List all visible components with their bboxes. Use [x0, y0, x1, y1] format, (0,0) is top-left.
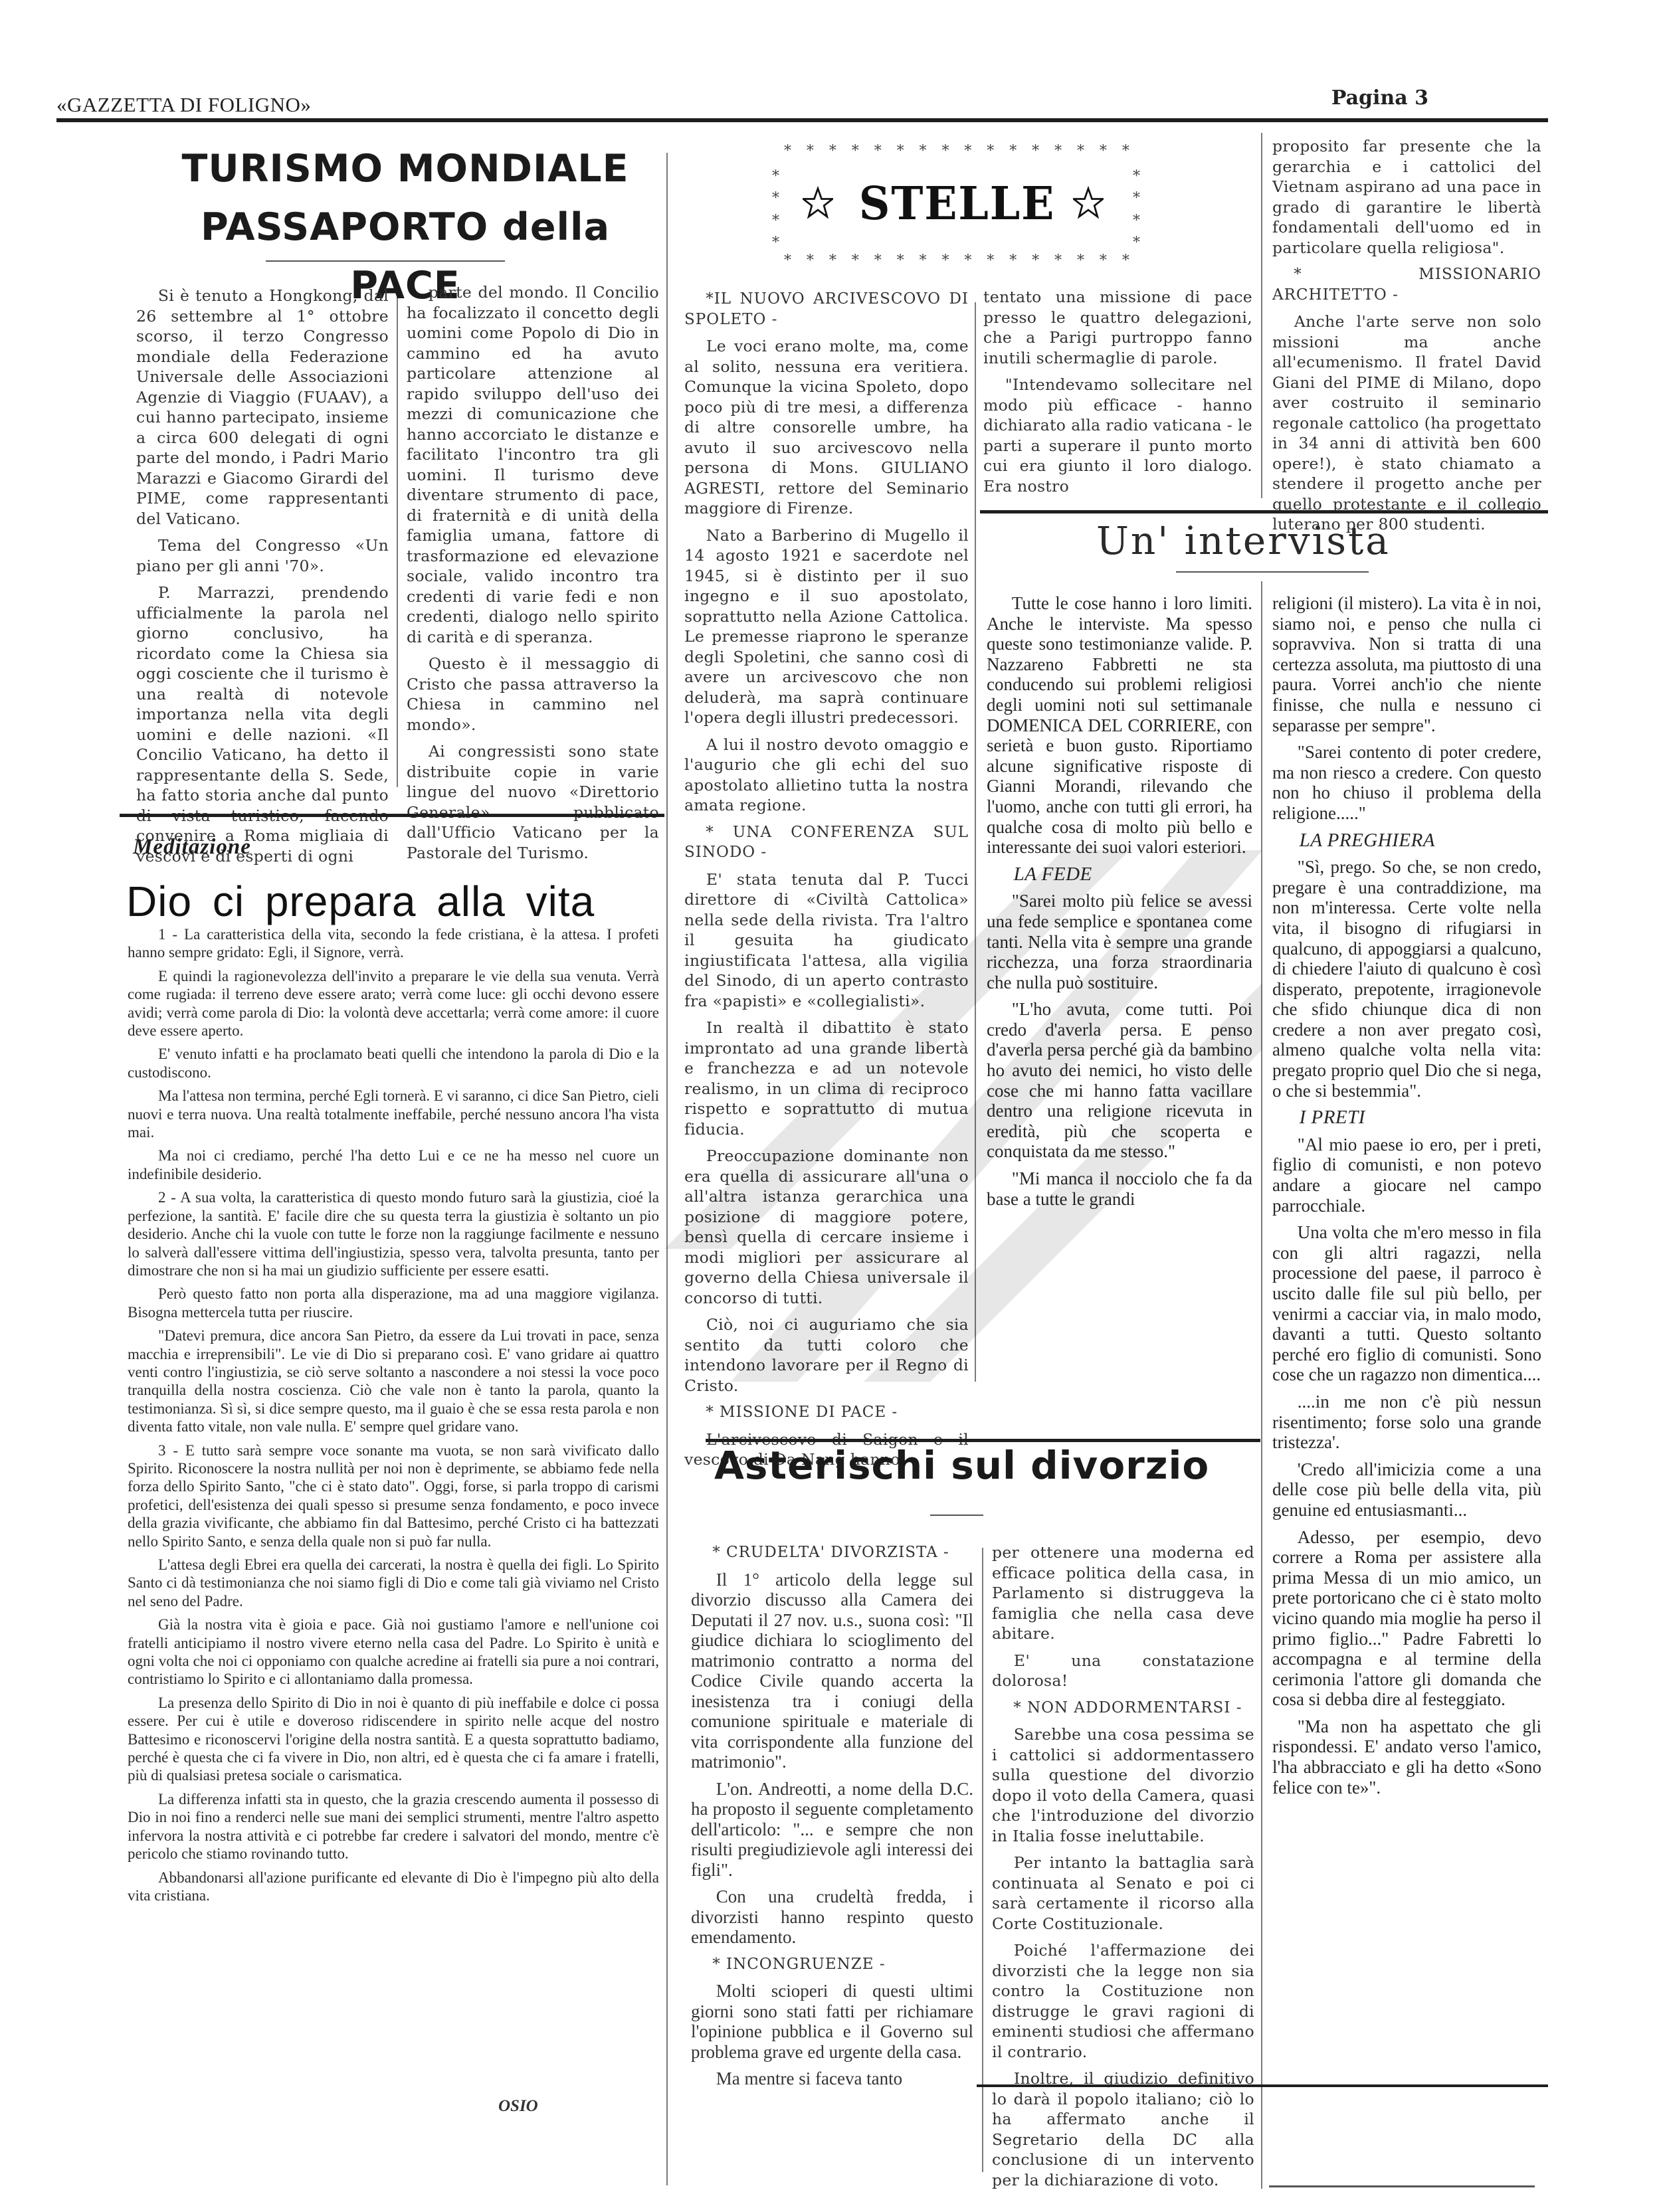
paragraph: E quindi la ragionevolezza dell'invito a… — [128, 967, 659, 1040]
asterisk-ornament: * — [964, 143, 971, 159]
masthead-rule — [56, 118, 1548, 122]
paragraph: 2 - A sua volta, la caratteristica di qu… — [128, 1188, 659, 1279]
paragraph: Tutte le cose hanno i loro limiti. Anche… — [987, 593, 1252, 858]
paragraph: Una volta che m'ero messo in fila con gl… — [1272, 1222, 1541, 1385]
asterisk-ornament: * — [874, 143, 882, 159]
paragraph: "Mi manca il nocciolo che fa da base a t… — [987, 1168, 1252, 1209]
asterisk-ornament: * — [941, 252, 949, 269]
paragraph: Questo è il messaggio di Cristo che pass… — [407, 654, 659, 735]
asterisk-ornament: * — [1122, 143, 1129, 159]
subheading: * INCONGRUENZE - — [691, 1954, 973, 1975]
headline-underline — [266, 260, 505, 262]
paragraph: "Sarei molto più felice se avessi una fe… — [987, 891, 1252, 992]
headline-underline — [930, 1515, 983, 1516]
paragraph-continued: proposito far presente che la gerarchia … — [1272, 136, 1541, 258]
paragraph: E' stata tenuta dal P. Tucci direttore d… — [684, 870, 969, 1012]
asterisk-ornament: * — [829, 143, 836, 159]
turismo-column-1: Si è tenuto a Hongkong, dal 26 settembre… — [136, 286, 389, 873]
section-rule — [120, 814, 664, 817]
paragraph: L'on. Andreotti, a nome della D.C. ha pr… — [691, 1779, 973, 1881]
asterisk-ornament: * — [964, 252, 971, 269]
meditazione-body: 1 - La caratteristica della vita, second… — [128, 925, 659, 1910]
paragraph: Per intanto la battaglia sarà continuata… — [992, 1853, 1254, 1934]
asterisk-ornament: * — [987, 252, 994, 269]
asterisk-ornament: * — [1077, 143, 1084, 159]
paragraph: P. Marrazzi, prendendo ufficialmente la … — [136, 583, 389, 866]
paragraph-continued: religioni (il mistero). La vita è in noi… — [1272, 593, 1541, 735]
star-icon — [803, 186, 833, 219]
asterisk-ornament: * — [987, 143, 994, 159]
paragraph: Adesso, per esempio, devo correre a Roma… — [1272, 1527, 1541, 1710]
paragraph: Le voci erano molte, ma, come al solito,… — [684, 336, 969, 519]
asterisk-ornament: * — [784, 143, 791, 159]
paragraph: "Intendevamo sollecitare nel modo più ef… — [983, 375, 1252, 496]
subheading: LA PREGHIERA — [1272, 830, 1541, 851]
subheading: *IL NUOVO ARCIVESCOVO DI SPOLETO - — [684, 289, 969, 329]
star-icon — [1073, 186, 1104, 219]
column-divider — [1261, 133, 1262, 498]
paragraph: ....in me non c'è più nessun risentiment… — [1272, 1392, 1541, 1453]
divorzio-column-2: per ottenere una moderna ed efficace pol… — [992, 1542, 1254, 2197]
subheading: * CRUDELTA' DIVORZISTA - — [691, 1542, 973, 1563]
asterisk-ornament: * — [772, 234, 779, 251]
paragraph: "L'ho avuta, come tutti. Poi credo d'ave… — [987, 999, 1252, 1162]
asterisk-ornament: * — [852, 143, 859, 159]
paragraph: L'attesa degli Ebrei era quella dei carc… — [128, 1556, 659, 1610]
column-divider — [397, 292, 398, 787]
paragraph: Poiché l'affermazione dei divorzisti che… — [992, 1940, 1254, 2062]
asterisk-ornament: * — [1133, 213, 1140, 229]
asterisk-ornament: * — [772, 190, 779, 207]
section-rule — [706, 1439, 1260, 1442]
paragraph-continued: tentato una missione di pace presso le q… — [983, 287, 1252, 368]
paragraph: Molti scioperi di questi ultimi giorni s… — [691, 1981, 973, 2062]
asterisk-ornament: * — [897, 143, 904, 159]
paragraph: Preoccupazione dominante non era quella … — [684, 1146, 969, 1308]
subheading: * NON ADDORMENTARSI - — [992, 1698, 1254, 1718]
paragraph: Ma mentre si faceva tanto — [691, 2069, 973, 2089]
headline-underline — [1176, 571, 1369, 573]
paragraph: "Datevi premura, dice ancora San Pietro,… — [128, 1327, 659, 1435]
asterisk-ornament: * — [1100, 143, 1107, 159]
intervista-column-1: Tutte le cose hanno i loro limiti. Anche… — [987, 593, 1252, 1216]
headline-intervista: Un' intervista — [1096, 518, 1391, 563]
paragraph: 1 - La caratteristica della vita, second… — [128, 925, 659, 962]
paragraph: Però questo fatto non porta alla dispera… — [128, 1285, 659, 1321]
section-rule — [980, 510, 1548, 513]
asterisk-ornament: * — [1009, 143, 1017, 159]
asterisk-border-right: **** — [1133, 168, 1140, 251]
asterisk-ornament: * — [1009, 252, 1017, 269]
stelle-title: STELLE — [859, 177, 1055, 230]
stelle-column-2: tentato una missione di pace presso le q… — [983, 287, 1252, 503]
asterisk-ornament: * — [1133, 168, 1140, 185]
asterisk-ornament: * — [897, 252, 904, 269]
paragraph: Ai congressisti sono state distribuite c… — [407, 741, 659, 863]
paragraph: parte del mondo. Il Concilio ha focalizz… — [407, 282, 659, 647]
intervista-column-2: religioni (il mistero). La vita è in noi… — [1272, 593, 1541, 1804]
section-kicker: Meditazione — [133, 835, 251, 860]
subheading: * MISSIONARIO ARCHITETTO - — [1272, 264, 1541, 305]
subheading: * MISSIONE DI PACE - — [684, 1402, 969, 1423]
paragraph: Ciò, noi ci auguriamo che sia sentito da… — [684, 1315, 969, 1396]
paragraph: E' venuto infatti e ha proclamato beati … — [128, 1045, 659, 1081]
asterisk-ornament: * — [1054, 143, 1062, 159]
asterisk-ornament: * — [772, 168, 779, 185]
asterisk-ornament: * — [1054, 252, 1062, 269]
asterisk-ornament: * — [1077, 252, 1084, 269]
paragraph: Con una crudeltà fredda, i divorzisti ha… — [691, 1887, 973, 1948]
paragraph: Anche l'arte serve non solo missioni ma … — [1272, 312, 1541, 535]
paragraph: Abbandonarsi all'azione purificante ed e… — [128, 1869, 659, 1905]
paragraph: In realtà il dibattito è stato improntat… — [684, 1018, 969, 1139]
newspaper-name: «GAZZETTA DI FOLIGNO» — [56, 93, 311, 117]
asterisk-ornament: * — [1122, 252, 1129, 269]
asterisk-ornament: * — [784, 252, 791, 269]
paragraph: Tema del Congresso «Un piano per gli ann… — [136, 535, 389, 576]
column-divider — [982, 1548, 983, 2172]
bottom-rule — [1269, 2185, 1535, 2187]
paragraph: La presenza dello Spirito di Dio in noi … — [128, 1694, 659, 1785]
paragraph: "Ma non ha aspettato che gli rispondessi… — [1272, 1716, 1541, 1797]
asterisk-ornament: * — [807, 252, 814, 269]
subheading: * UNA CONFERENZA SUL SINODO - — [684, 822, 969, 863]
asterisk-ornament: * — [874, 252, 882, 269]
turismo-column-2: parte del mondo. Il Concilio ha focalizz… — [407, 282, 659, 870]
subheading: LA FEDE — [987, 864, 1252, 885]
subheading: I PRETI — [1272, 1107, 1541, 1128]
paragraph: "Al mio paese io ero, per i preti, figli… — [1272, 1135, 1541, 1216]
stelle-banner: **************** **************** **** *… — [744, 143, 1163, 266]
asterisk-ornament: * — [829, 252, 836, 269]
stelle-column-1: *IL NUOVO ARCIVESCOVO DI SPOLETO -Le voc… — [684, 289, 969, 1477]
asterisk-border-left: **** — [772, 168, 779, 251]
paragraph: "Sarei contento di poter credere, ma non… — [1272, 742, 1541, 823]
headline-dio: Dio ci prepara alla vita — [126, 877, 595, 926]
section-rule — [977, 2084, 1548, 2087]
paragraph: A lui il nostro devoto omaggio e l'augur… — [684, 735, 969, 816]
asterisk-ornament: * — [1100, 252, 1107, 269]
author-signature: OSIO — [498, 2097, 538, 2116]
stelle-column-3: proposito far presente che la gerarchia … — [1272, 136, 1541, 541]
paragraph: La differenza infatti sta in questo, che… — [128, 1790, 659, 1863]
asterisk-ornament: * — [1032, 143, 1039, 159]
paragraph-continued: per ottenere una moderna ed efficace pol… — [992, 1542, 1254, 1644]
paragraph: 'Credo all'imicizia come a una delle cos… — [1272, 1459, 1541, 1521]
asterisk-ornament: * — [941, 143, 949, 159]
paragraph: Nato a Barberino di Mugello il 14 agosto… — [684, 525, 969, 728]
paragraph: Già la nostra vita è gioia e pace. Già n… — [128, 1615, 659, 1689]
column-divider — [975, 302, 976, 1382]
asterisk-ornament: * — [920, 252, 927, 269]
divorzio-column-1: * CRUDELTA' DIVORZISTA -Il 1° articolo d… — [691, 1542, 973, 2096]
asterisk-border-bottom: **************** — [784, 252, 1129, 269]
headline-divorzio: Asterischi sul divorzio — [714, 1443, 1209, 1488]
paragraph: Ma noi ci crediamo, perché l'ha detto Lu… — [128, 1147, 659, 1183]
paragraph: Sarebbe una cosa pessima se i cattolici … — [992, 1724, 1254, 1846]
paragraph: 3 - E tutto sarà sempre voce sonante ma … — [128, 1441, 659, 1550]
asterisk-ornament: * — [1032, 252, 1039, 269]
page-number: Pagina 3 — [1331, 86, 1428, 110]
column-divider — [1261, 581, 1262, 2189]
asterisk-ornament: * — [807, 143, 814, 159]
paragraph: Si è tenuto a Hongkong, dal 26 settembre… — [136, 286, 389, 529]
asterisk-ornament: * — [1133, 190, 1140, 207]
asterisk-border-top: **************** — [784, 143, 1129, 159]
asterisk-ornament: * — [920, 143, 927, 159]
paragraph: Il 1° articolo della legge sul divorzio … — [691, 1570, 973, 1772]
asterisk-ornament: * — [772, 213, 779, 229]
paragraph: "Sì, prego. So che, se non credo, pregar… — [1272, 857, 1541, 1101]
asterisk-ornament: * — [852, 252, 859, 269]
asterisk-ornament: * — [1133, 234, 1140, 251]
paragraph: E' una constatazione dolorosa! — [992, 1651, 1254, 1691]
paragraph: Ma l'attesa non termina, perché Egli tor… — [128, 1087, 659, 1141]
column-divider — [666, 153, 668, 2185]
